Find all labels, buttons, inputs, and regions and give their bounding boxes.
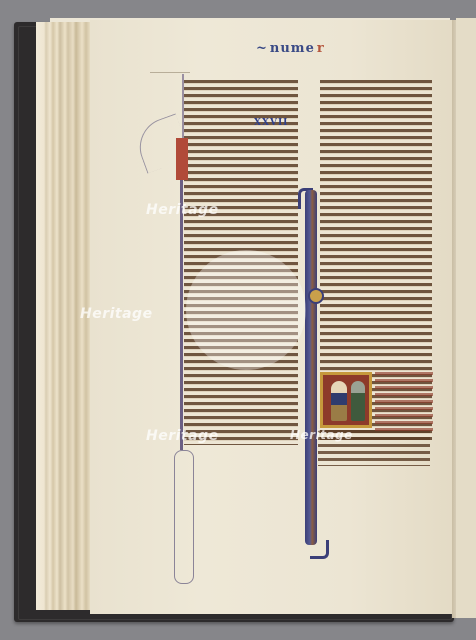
rubric-text <box>375 372 433 432</box>
ascender-stroke <box>182 74 184 140</box>
penwork-tail-loop <box>174 450 194 584</box>
miniature-painting <box>320 372 372 428</box>
watermark-text: Heritage <box>290 428 353 442</box>
watermark-text: Heritage <box>80 306 153 322</box>
watermark-logo <box>186 250 306 370</box>
watermark-text: Heritage <box>146 202 219 218</box>
gold-medallion <box>308 288 324 304</box>
initial-foot-curl <box>310 540 329 559</box>
ruling-line <box>150 72 190 73</box>
facing-page <box>456 18 476 618</box>
figure-left <box>331 381 347 421</box>
penwork-border <box>180 180 183 450</box>
figure-right <box>351 381 365 421</box>
running-head-ornament: ~ <box>256 41 268 56</box>
running-head: ~ nume r <box>256 40 325 56</box>
watermark-text: Heritage <box>146 428 219 444</box>
red-initial <box>176 138 188 180</box>
running-head-suffix: r <box>317 41 325 56</box>
running-head-text: nume <box>270 41 315 56</box>
chapter-number: XXVII <box>254 118 288 128</box>
illuminated-initial-bar <box>305 190 317 545</box>
